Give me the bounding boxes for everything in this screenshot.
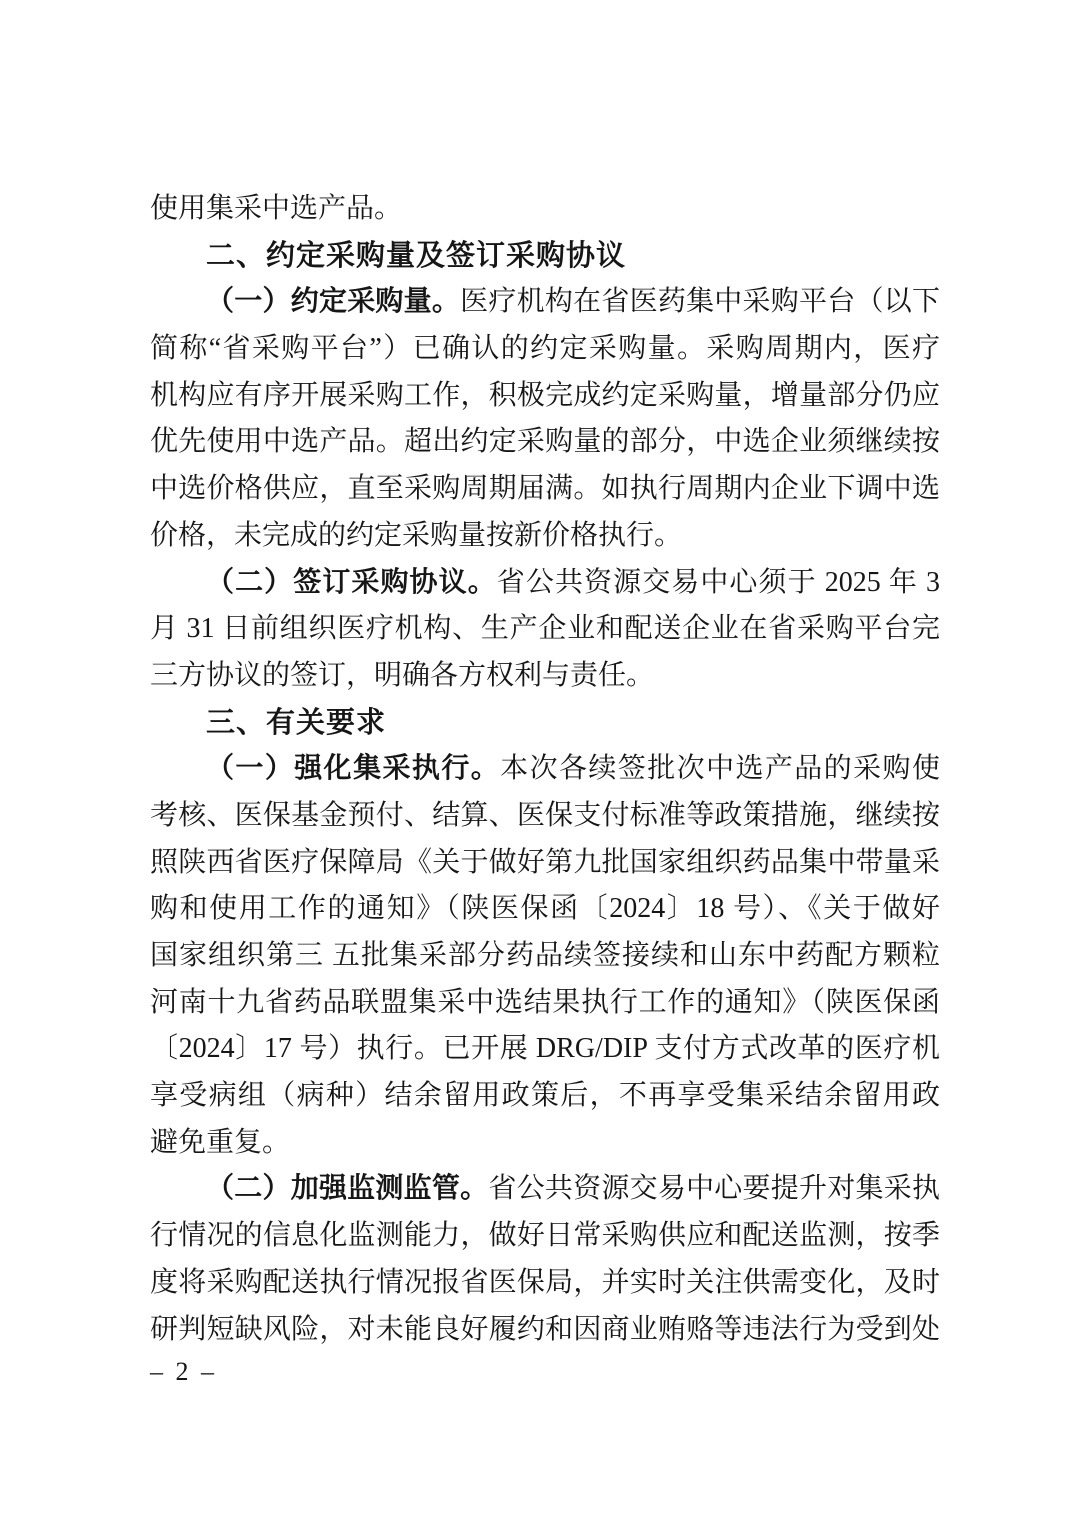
- document-line: 国家组织第三 五批集采部分药品续签接续和山东中药配方颗粒: [150, 933, 940, 980]
- document-line: （一）强化集采执行。本次各续签批次中选产品的采购使用、: [150, 746, 940, 793]
- document-line: 享受病组（病种）结余留用政策后，不再享受集采结余留用政策，: [150, 1073, 940, 1120]
- document-line: 使用集采中选产品。: [150, 186, 940, 233]
- document-line: 优先使用中选产品。超出约定采购量的部分，中选企业须继续按: [150, 419, 940, 466]
- page-number: – 2 –: [150, 1352, 217, 1392]
- paragraph-lead-bold: （二）签订采购协议。: [206, 567, 497, 598]
- line-text: 使用集采中选产品。: [150, 193, 402, 224]
- line-text: 医疗机构在省医药集中采购平台（以下: [460, 286, 940, 317]
- line-text: 机构应有序开展采购工作，积极完成约定采购量，增量部分仍应: [150, 380, 940, 411]
- document-body: 使用集采中选产品。 二、约定采购量及签订采购协议 （一）约定采购量。医疗机构在省…: [150, 186, 940, 1353]
- document-line: （二）签订采购协议。省公共资源交易中心须于 2025 年 3: [150, 560, 940, 607]
- document-line: 月 31 日前组织医疗机构、生产企业和配送企业在省采购平台完成: [150, 606, 940, 653]
- document-line: （二）加强监测监管。省公共资源交易中心要提升对集采执: [150, 1166, 940, 1213]
- heading-text: 三、有关要求: [206, 707, 386, 739]
- line-text: 研判短缺风险，对未能良好履约和因商业贿赂等违法行为受到处: [150, 1314, 940, 1345]
- paragraph-lead-bold: （二）加强监测监管。: [206, 1173, 488, 1204]
- line-text: 享受病组（病种）结余留用政策后，不再享受集采结余留用政策，: [150, 1080, 940, 1120]
- document-line: 度将采购配送执行情况报省医保局，并实时关注供需变化，及时: [150, 1260, 940, 1307]
- section-heading-2: 二、约定采购量及签订采购协议: [150, 233, 940, 280]
- section-heading-3: 三、有关要求: [150, 700, 940, 747]
- line-text: 照陕西省医疗保障局《关于做好第九批国家组织药品集中带量采: [150, 847, 940, 878]
- document-line: 避免重复。: [150, 1120, 940, 1167]
- document-line: 三方协议的签订，明确各方权利与责任。: [150, 653, 940, 700]
- line-text: 度将采购配送执行情况报省医保局，并实时关注供需变化，及时: [150, 1267, 940, 1298]
- line-text: 国家组织第三 五批集采部分药品续签接续和山东中药配方颗粒: [150, 940, 940, 971]
- document-line: 〔2024〕17 号）执行。已开展 DRG/DIP 支付方式改革的医疗机构: [150, 1026, 940, 1073]
- document-line: 购和使用工作的通知》（陕医保函〔2024〕18 号）、《关于做好: [150, 886, 940, 933]
- line-text: 〔2024〕17 号）执行。已开展 DRG/DIP 支付方式改革的医疗机构: [150, 1033, 940, 1073]
- document-line: 河南十九省药品联盟集采中选结果执行工作的通知》（陕医保函: [150, 980, 940, 1027]
- line-text: 河南十九省药品联盟集采中选结果执行工作的通知》（陕医保函: [150, 987, 940, 1018]
- document-line: 考核、医保基金预付、结算、医保支付标准等政策措施，继续按: [150, 793, 940, 840]
- heading-text: 二、约定采购量及签订采购协议: [206, 240, 626, 272]
- document-line: 机构应有序开展采购工作，积极完成约定采购量，增量部分仍应: [150, 373, 940, 420]
- line-text: 月 31 日前组织医疗机构、生产企业和配送企业在省采购平台完成: [150, 613, 940, 653]
- document-line: 中选价格供应，直至采购周期届满。如执行周期内企业下调中选: [150, 466, 940, 513]
- line-text: 省公共资源交易中心须于 2025 年 3: [497, 567, 940, 598]
- document-line: 行情况的信息化监测能力，做好日常采购供应和配送监测，按季: [150, 1213, 940, 1260]
- document-line: 简称“省采购平台”）已确认的约定采购量。采购周期内，医疗: [150, 326, 940, 373]
- line-text: 省公共资源交易中心要提升对集采执: [488, 1173, 940, 1204]
- document-line: 价格，未完成的约定采购量按新价格执行。: [150, 513, 940, 560]
- line-text: 购和使用工作的通知》（陕医保函〔2024〕18 号）、《关于做好: [150, 893, 940, 924]
- line-text: 避免重复。: [150, 1127, 290, 1158]
- paragraph-lead-bold: （一）强化集采执行。: [206, 753, 500, 784]
- line-text: 行情况的信息化监测能力，做好日常采购供应和配送监测，按季: [150, 1220, 940, 1251]
- document-line: （一）约定采购量。医疗机构在省医药集中采购平台（以下: [150, 279, 940, 326]
- paragraph-lead-bold: （一）约定采购量。: [206, 286, 460, 317]
- line-text: 简称“省采购平台”）已确认的约定采购量。采购周期内，医疗: [150, 333, 940, 364]
- document-line: 照陕西省医疗保障局《关于做好第九批国家组织药品集中带量采: [150, 840, 940, 887]
- line-text: 中选价格供应，直至采购周期届满。如执行周期内企业下调中选: [150, 473, 940, 504]
- document-line: 研判短缺风险，对未能良好履约和因商业贿赂等违法行为受到处: [150, 1307, 940, 1354]
- line-text: 考核、医保基金预付、结算、医保支付标准等政策措施，继续按: [150, 800, 940, 831]
- line-text: 三方协议的签订，明确各方权利与责任。: [150, 660, 654, 691]
- line-text: 价格，未完成的约定采购量按新价格执行。: [150, 520, 682, 551]
- document-page: 使用集采中选产品。 二、约定采购量及签订采购协议 （一）约定采购量。医疗机构在省…: [0, 0, 1074, 1520]
- line-text: 优先使用中选产品。超出约定采购量的部分，中选企业须继续按: [150, 426, 940, 457]
